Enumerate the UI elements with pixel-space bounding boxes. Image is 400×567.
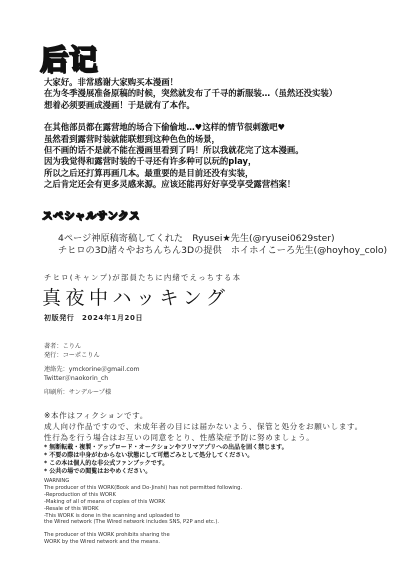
- afterword-line: 之后肯定还会有更多灵感来源。应该还能再好好享受享受露营档案！: [44, 179, 374, 190]
- printer: 印刷所：サンデループ様: [44, 389, 140, 398]
- afterword-line: 虽然看到露营时装就能联想到这种色色的场景，: [44, 134, 374, 145]
- warning-footer-line: The producer of this WORK prohibits shar…: [44, 532, 242, 539]
- rule-line: * 無断転載・複製・アップロード・オークションやフリマアプリへの出品を固く禁じま…: [44, 444, 288, 452]
- thanks-line: チヒロの3D諸々やおちんちん3Dの提供 ホイホイこーろ先生(@hoyhoy_co…: [58, 245, 387, 257]
- warning-line: the Wired network (The Wired network inc…: [44, 519, 242, 526]
- paragraph-gap: [44, 111, 374, 122]
- notice-line: 性行為を行う場合はお互いの同意をとり、性感染症予防に努めましょう。: [44, 432, 363, 443]
- usage-rules: * 無断転載・複製・アップロード・オークションやフリマアプリへの出品を固く禁じま…: [44, 444, 288, 476]
- rule-line: * この本は個人的な非公式ファンブックです。: [44, 460, 288, 468]
- contact-twitter: Twitter＠naokorin_ch: [44, 375, 140, 384]
- afterword-line: 因为我觉得和露营时装的千寻还有许多种可以玩的play，: [44, 156, 374, 167]
- afterword-line: 想着必须要画成漫画！于是就有了本作。: [44, 100, 374, 111]
- afterword-line: 但不画的话不是就不能在漫画里看到了吗！所以我就花完了这本漫画。: [44, 145, 374, 156]
- credit-publisher: 発行：コーポこりん: [44, 352, 140, 361]
- colophon-credits: 著者：こりん 発行：コーポこりん 連絡先：ymckorine＠gmail.com…: [44, 343, 140, 398]
- special-thanks-list: 4ページ神原稿寄稿してくれた Ryusei★先生(@ryusei0629ster…: [58, 233, 387, 257]
- credit-author: 著者：こりん: [44, 343, 140, 352]
- afterword-text: 大家好。非常感谢大家购买本漫画！ 在为冬季漫展准备原稿的时候，突然就发布了千寻的…: [44, 77, 374, 191]
- credit-label: 発行: [44, 352, 56, 359]
- warning-line: -This WORK is done in the scanning and u…: [44, 513, 242, 520]
- warning-line: -Resale of this WORK: [44, 506, 242, 513]
- warning-line: -Making of all of means of copies of thi…: [44, 499, 242, 506]
- notice-line: ※本作はフィクションです。: [44, 410, 363, 421]
- page-title: 后记: [40, 38, 98, 78]
- credit-value: こりん: [63, 343, 82, 350]
- book-title: 真夜中ハッキング: [42, 283, 229, 310]
- afterword-page: 后记 大家好。非常感谢大家购买本漫画！ 在为冬季漫展准备原稿的时候，突然就发布了…: [0, 0, 400, 567]
- warning-block: WARNING The producer of this WORK(Book a…: [44, 478, 242, 546]
- rule-line: * 公共の場での閲覧はおやめください。: [44, 468, 288, 476]
- credit-value: コーポこりん: [63, 352, 100, 359]
- book-subtitle: チヒロ(キャンプ)が部員たちに内緒でえっちする本: [44, 272, 241, 283]
- warning-line: The producer of this WORK(Book and Do-Ji…: [44, 485, 242, 492]
- thanks-line: 4ページ神原稿寄稿してくれた Ryusei★先生(@ryusei0629ster…: [58, 233, 387, 245]
- warning-line: WARNING: [44, 478, 242, 485]
- fiction-notice: ※本作はフィクションです。 成人向け作品ですので、未成年者の目には届かないよう、…: [44, 410, 363, 443]
- special-thanks-header: スペシャルサンクス: [42, 208, 140, 223]
- afterword-line: 所以之后还打算再画几本。最重要的是目前还没有实装，: [44, 168, 374, 179]
- afterword-line: 在为冬季漫展准备原稿的时候，突然就发布了千寻的新服装…（虽然还没实装）: [44, 88, 374, 99]
- warning-line: -Reproduction of this WORK: [44, 492, 242, 499]
- edition-date: 初版発行 2024年1月20日: [44, 313, 143, 323]
- contact-email: 連絡先：ymckorine＠gmail.com: [44, 366, 140, 375]
- afterword-line: 大家好。非常感谢大家购买本漫画！: [44, 77, 374, 88]
- credit-label: 著者: [44, 343, 56, 350]
- afterword-line: 在其他部员都在露营地的场合下偷偷地…♥这样的情节很刺激吧♥: [44, 122, 374, 133]
- notice-line: 成人向け作品ですので、未成年者の目には届かないよう、保管と処分をお願いします。: [44, 421, 363, 432]
- warning-footer-line: WORK by the Wired network and the means.: [44, 539, 242, 546]
- rule-line: * 不要の際は中身がわからない状態にして可燃ごみとして処分してください。: [44, 452, 288, 460]
